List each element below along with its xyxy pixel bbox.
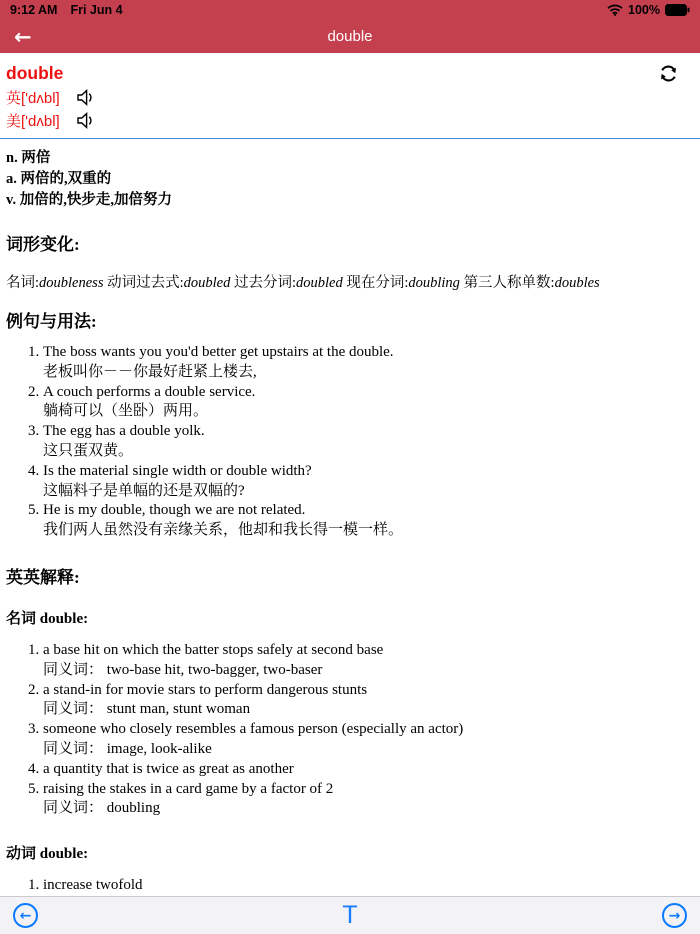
example-english: He is my double, though we are not relat…	[43, 501, 692, 521]
verb-definitions-list: increase twofold	[6, 876, 692, 896]
example-chinese: 躺椅可以（坐卧）两用。	[43, 402, 692, 422]
en-def-item: someone who closely resembles a famous p…	[43, 720, 692, 760]
dictionary-content: double 英['dʌbl] 美['dʌbl]	[0, 53, 700, 896]
text-size-button[interactable]: T	[342, 903, 357, 928]
synonyms-text: stunt man, stunt woman	[107, 701, 250, 717]
noun-definitions-list: a base hit on which the batter stops saf…	[6, 641, 692, 819]
en-def-item: a stand-in for movie stars to perform da…	[43, 681, 692, 721]
uk-pronunciation-row: 英['dʌbl]	[6, 86, 692, 109]
word-forms-heading: 词形变化:	[6, 235, 692, 254]
word-title: double	[6, 63, 63, 84]
verb-subheading: 动词 double:	[6, 845, 692, 864]
example-chinese: 这幅料子是单幅的还是双幅的?	[43, 482, 692, 502]
bottom-toolbar: ← T →	[0, 896, 700, 934]
battery-icon	[665, 4, 690, 16]
battery-percent: 100%	[628, 3, 660, 17]
synonyms-label: 同义词：	[43, 662, 107, 678]
example-item: A couch performs a double service.躺椅可以（坐…	[43, 383, 692, 423]
synonyms-line: 同义词： two-base hit, two-bagger, two-baser	[43, 661, 692, 681]
example-item: The egg has a double yolk.这只蛋双黄。	[43, 422, 692, 462]
en-en-heading: 英英解释:	[6, 568, 692, 587]
synonyms-text: two-base hit, two-bagger, two-baser	[107, 662, 323, 678]
en-def-text: someone who closely resembles a famous p…	[43, 720, 692, 740]
back-arrow-icon[interactable]: ←	[14, 20, 32, 53]
us-speaker-icon[interactable]	[77, 112, 95, 129]
example-english: The egg has a double yolk.	[43, 422, 692, 442]
word-form-label: 过去分词:	[230, 275, 296, 291]
examples-heading: 例句与用法:	[6, 312, 692, 331]
status-bar: 9:12 AM Fri Jun 4 100%	[0, 0, 700, 20]
synonyms-label: 同义词：	[43, 800, 107, 816]
en-def-item: increase twofold	[43, 876, 692, 896]
synonyms-label: 同义词：	[43, 701, 107, 717]
synonyms-line: 同义词： stunt man, stunt woman	[43, 700, 692, 720]
status-time: 9:12 AM	[10, 3, 57, 17]
en-def-text: a quantity that is twice as great as ano…	[43, 760, 692, 780]
example-chinese: 老板叫你－－你最好赶紧上楼去,	[43, 363, 692, 383]
word-form-value: doubleness	[39, 275, 103, 291]
en-def-item: raising the stakes in a card game by a f…	[43, 780, 692, 820]
en-def-text: increase twofold	[43, 876, 692, 896]
next-word-button[interactable]: →	[662, 903, 687, 928]
en-def-text: raising the stakes in a card game by a f…	[43, 780, 692, 800]
example-item: He is my double, though we are not relat…	[43, 501, 692, 541]
refresh-icon[interactable]	[658, 63, 679, 84]
word-form-label: 现在分词:	[343, 275, 409, 291]
example-english: The boss wants you you'd better get upst…	[43, 343, 692, 363]
en-def-text: a stand-in for movie stars to perform da…	[43, 681, 692, 701]
synonyms-text: doubling	[107, 800, 160, 816]
definition-line: v. 加倍的,快步走,加倍努力	[6, 190, 692, 211]
word-forms-line: 名词:doubleness 动词过去式:doubled 过去分词:doubled…	[6, 274, 692, 293]
word-form-label: 第三人称单数:	[460, 275, 555, 291]
status-date: Fri Jun 4	[70, 3, 122, 17]
en-def-item: a quantity that is twice as great as ano…	[43, 760, 692, 780]
definitions-block: n. 两倍a. 两倍的,双重的v. 加倍的,快步走,加倍努力	[6, 148, 692, 211]
example-english: Is the material single width or double w…	[43, 462, 692, 482]
us-pronunciation-row: 美['dʌbl]	[6, 109, 692, 132]
examples-list: The boss wants you you'd better get upst…	[6, 343, 692, 541]
us-pronunciation: 美['dʌbl]	[6, 110, 60, 131]
word-form-label: 名词:	[6, 275, 39, 291]
noun-subheading: 名词 double:	[6, 610, 692, 629]
en-def-item: a base hit on which the batter stops saf…	[43, 641, 692, 681]
uk-speaker-icon[interactable]	[77, 89, 95, 106]
prev-word-button[interactable]: ←	[13, 903, 38, 928]
synonyms-text: image, look-alike	[107, 741, 212, 757]
word-form-value: doubled	[296, 275, 343, 291]
en-def-text: a base hit on which the batter stops saf…	[43, 641, 692, 661]
word-form-value: doubling	[408, 275, 460, 291]
synonyms-line: 同义词： doubling	[43, 799, 692, 819]
example-chinese: 我们两人虽然没有亲缘关系，他却和我长得一模一样。	[43, 521, 692, 541]
synonyms-line: 同义词： image, look-alike	[43, 740, 692, 760]
definition-line: n. 两倍	[6, 148, 692, 169]
definition-line: a. 两倍的,双重的	[6, 169, 692, 190]
word-form-label: 动词过去式:	[103, 275, 183, 291]
synonyms-label: 同义词：	[43, 741, 107, 757]
nav-title: double	[0, 28, 700, 45]
example-item: The boss wants you you'd better get upst…	[43, 343, 692, 383]
nav-bar: ← double	[0, 20, 700, 53]
example-english: A couch performs a double service.	[43, 383, 692, 403]
uk-pronunciation: 英['dʌbl]	[6, 87, 60, 108]
wifi-icon	[607, 4, 623, 16]
example-chinese: 这只蛋双黄。	[43, 442, 692, 462]
example-item: Is the material single width or double w…	[43, 462, 692, 502]
separator-line	[0, 138, 700, 139]
word-form-value: doubled	[184, 275, 231, 291]
word-form-value: doubles	[555, 275, 600, 291]
